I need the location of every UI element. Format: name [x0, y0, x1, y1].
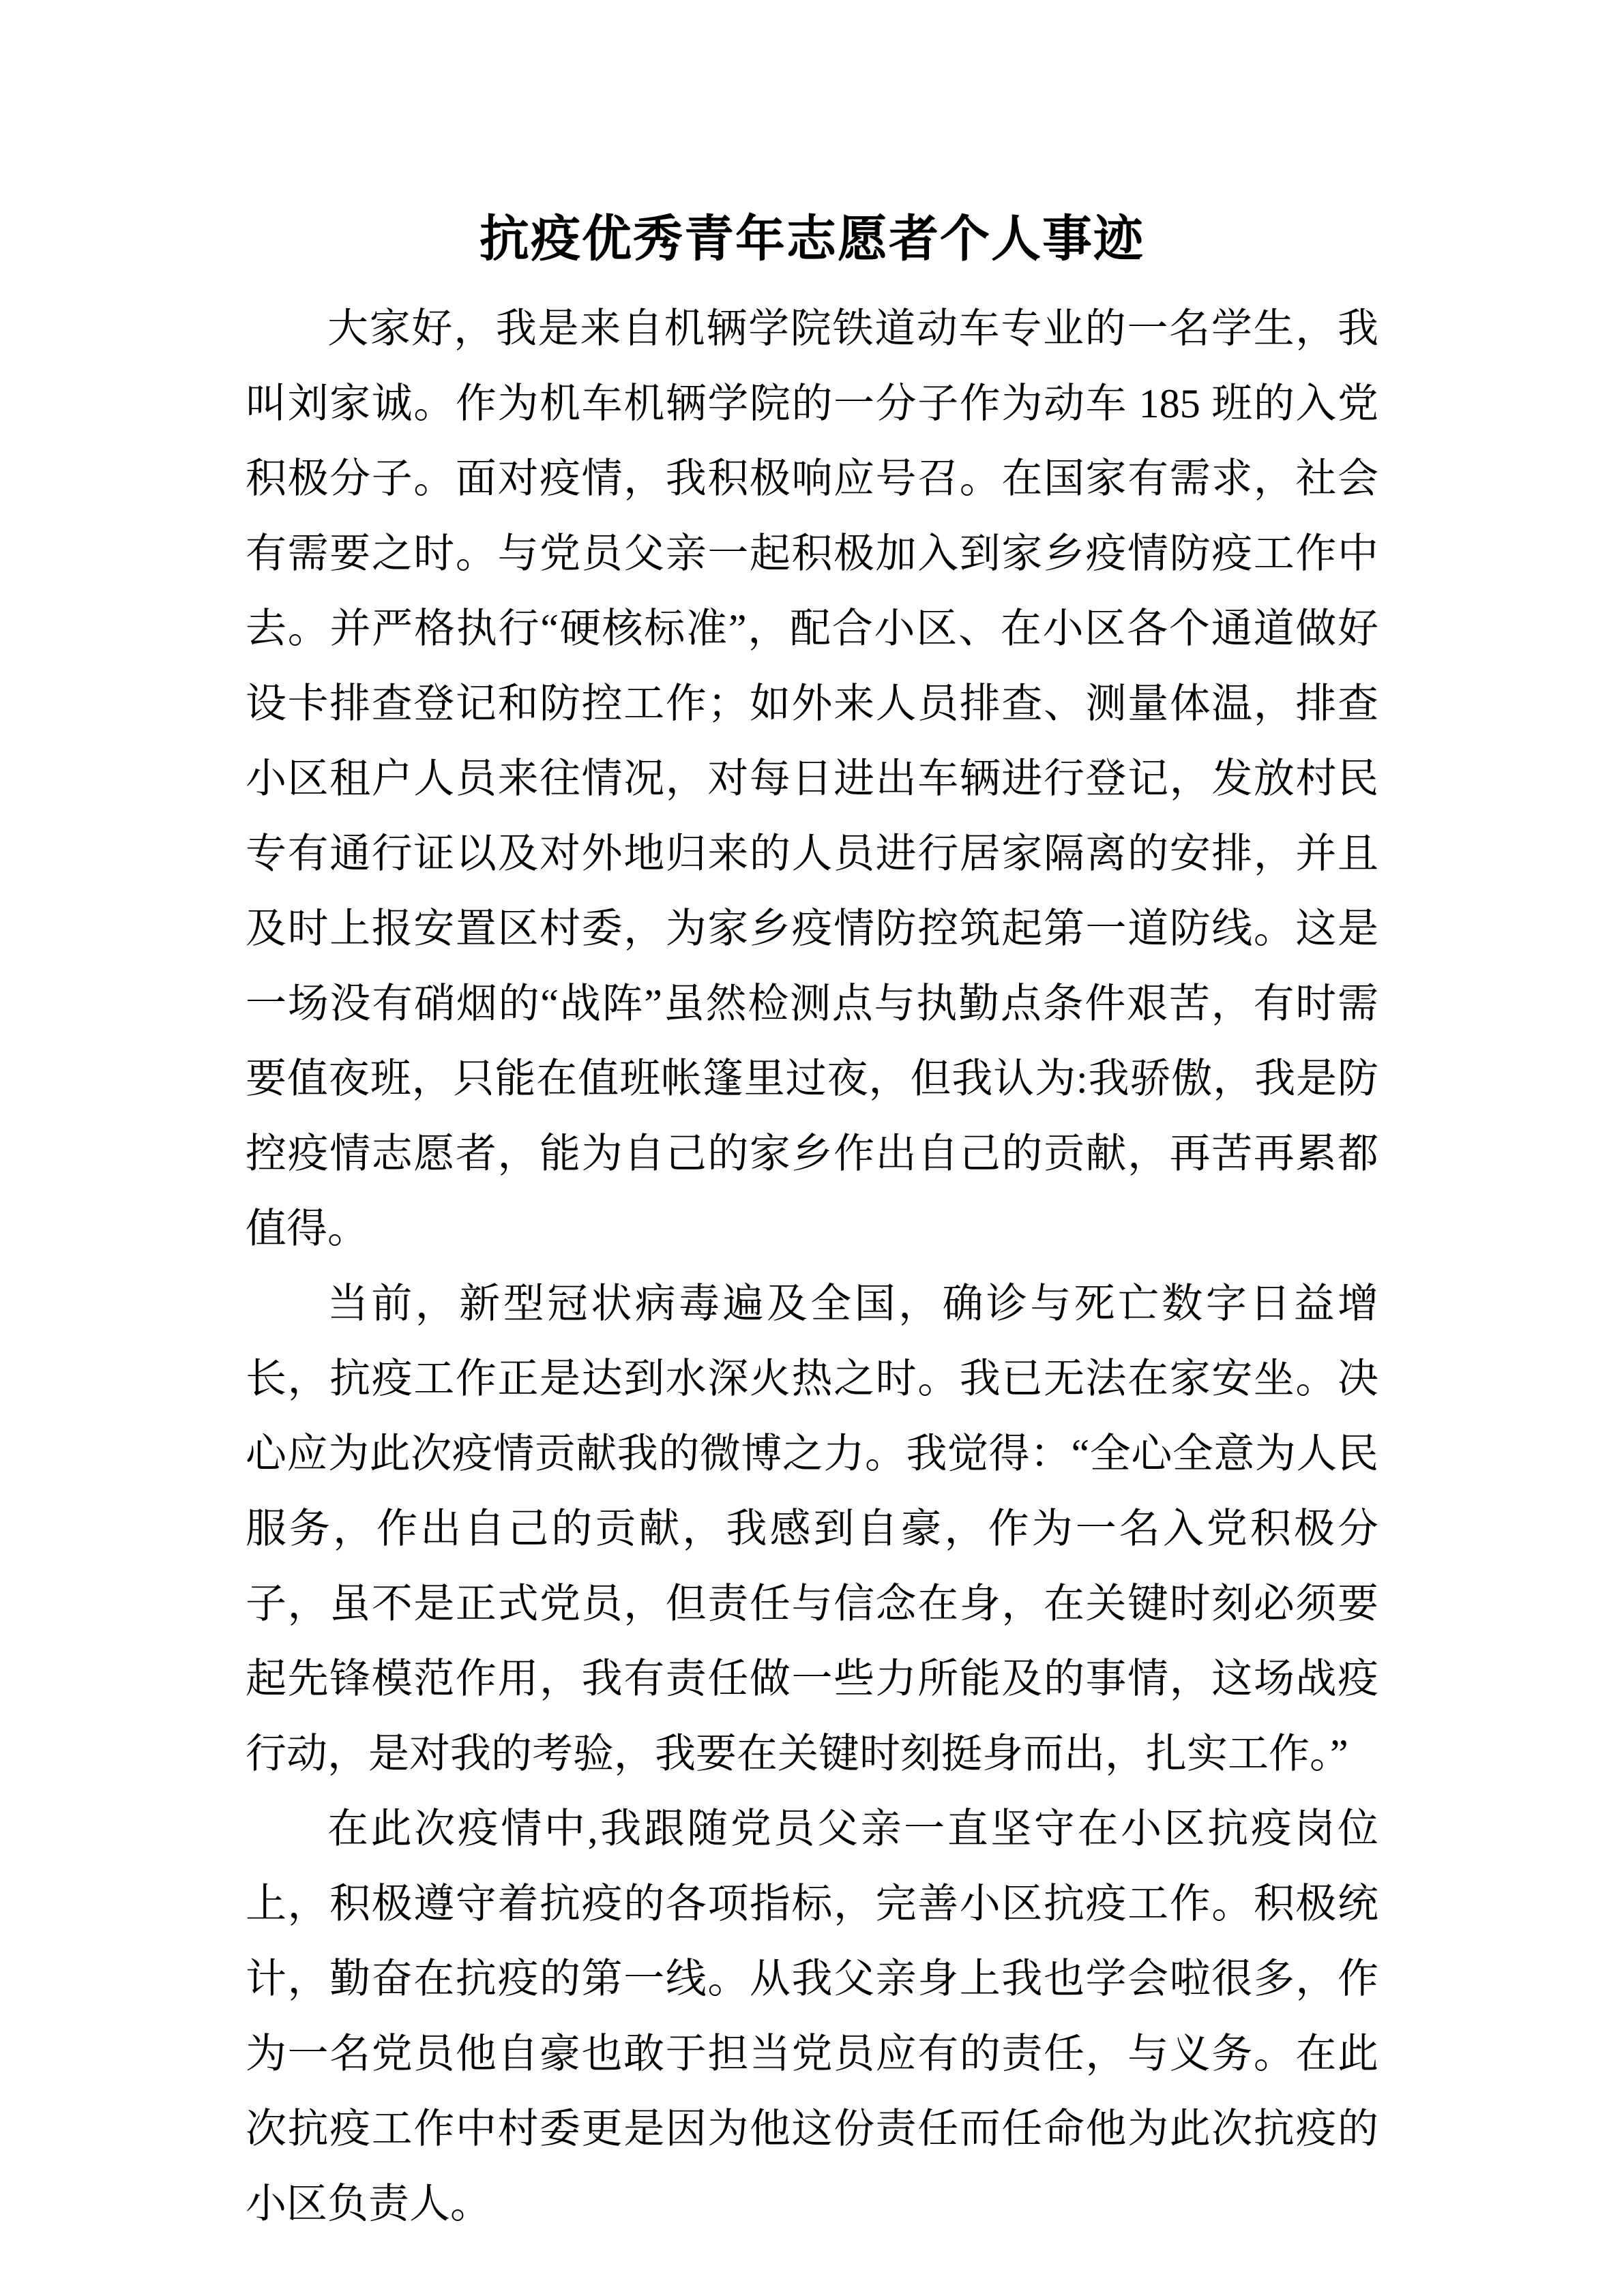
document-page: 抗疫优秀青年志愿者个人事迹 大家好，我是来自机辆学院铁道动车专业的一名学生，我叫…	[0, 0, 1624, 2296]
paragraph-1: 大家好，我是来自机辆学院铁道动车专业的一名学生，我叫刘家诚。作为机车机辆学院的一…	[246, 291, 1378, 1266]
paragraph-2: 当前，新型冠状病毒遍及全国，确诊与死亡数字日益增长，抗疫工作正是达到水深火热之时…	[246, 1266, 1378, 1791]
paragraph-3: 在此次疫情中,我跟随党员父亲一直坚守在小区抗疫岗位上，积极遵守着抗疫的各项指标，…	[246, 1791, 1378, 2241]
document-title: 抗疫优秀青年志愿者个人事迹	[246, 196, 1378, 283]
